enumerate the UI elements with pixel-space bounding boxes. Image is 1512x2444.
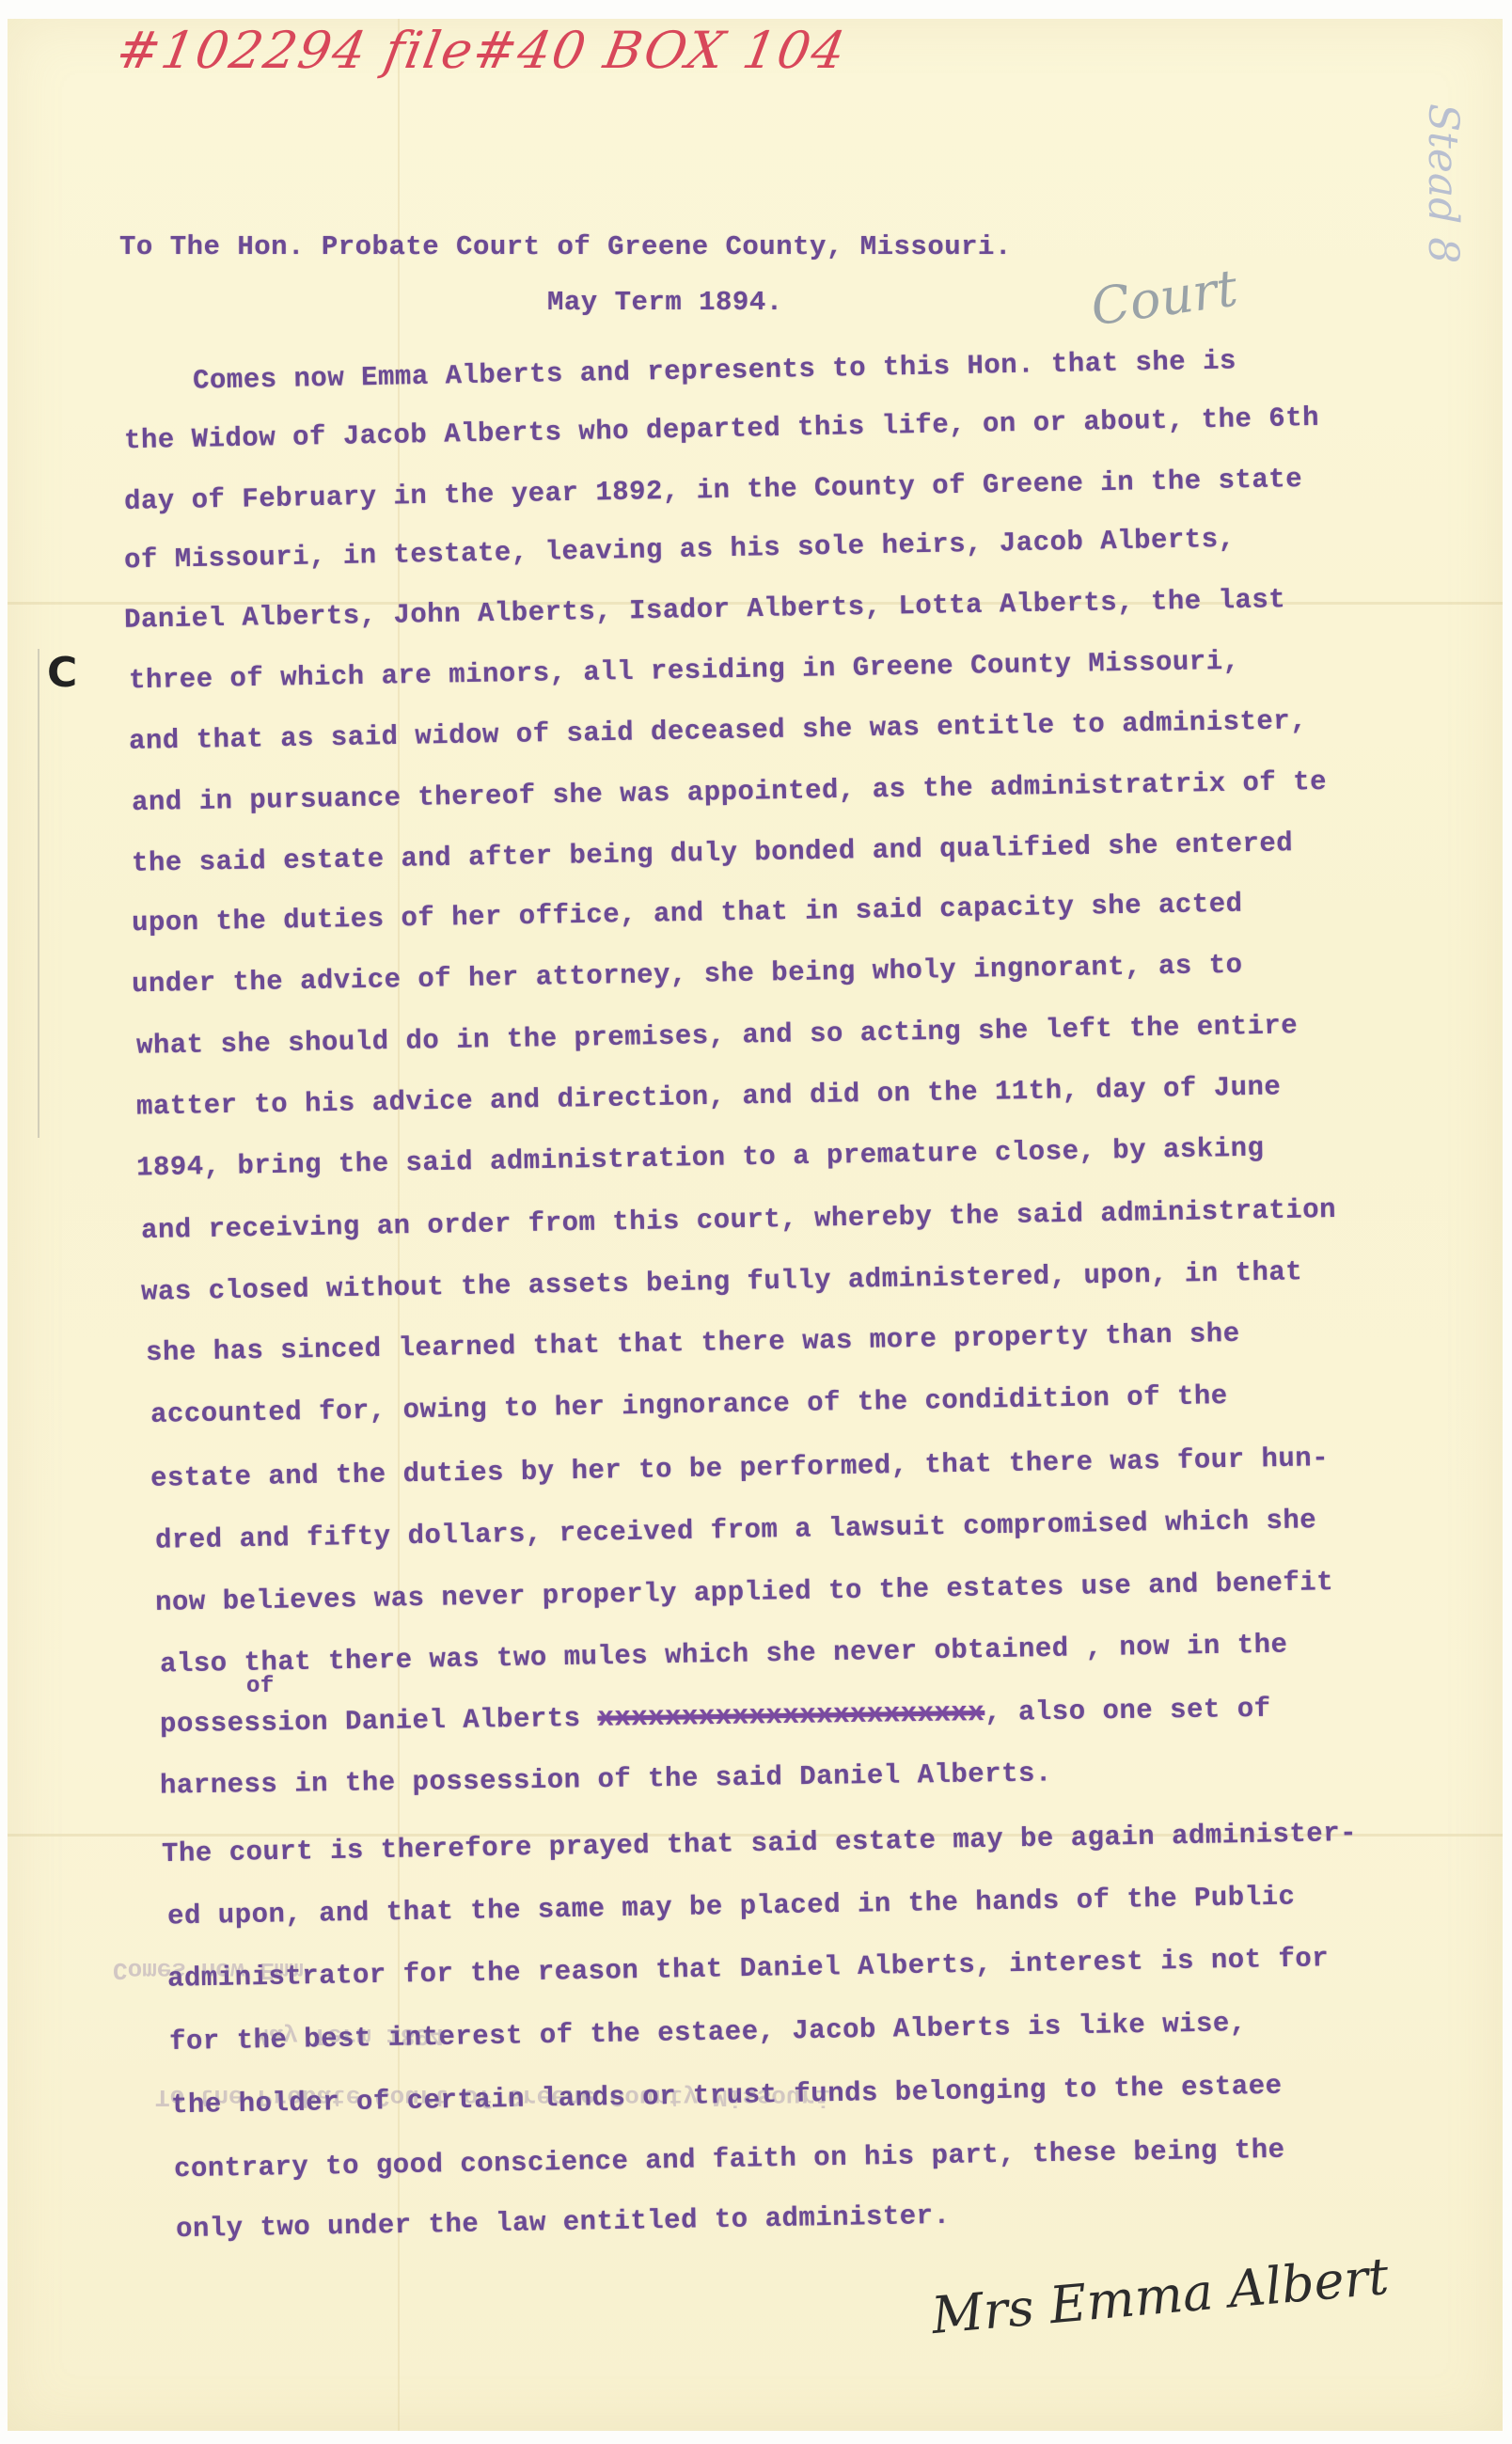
offset-ghost-text: To the Probate Court of Greene County Mi…	[155, 2083, 830, 2111]
interlined-word: of	[246, 1674, 275, 1699]
document-title: To The Hon. Probate Court of Greene Coun…	[119, 231, 1012, 262]
body-line-text: possession Daniel Alberts	[160, 1703, 581, 1740]
offset-ghost-text: May Term 1894	[254, 2022, 445, 2050]
archive-reference-note: #102294 file#40 BOX 104	[112, 21, 851, 80]
body-line-continuation: , also one set of	[984, 1694, 1271, 1728]
pencil-margin-note: Stead 8	[1419, 103, 1467, 263]
pencil-margin-scribble	[38, 649, 143, 1138]
ink-mark-icon: C	[47, 649, 77, 697]
document-term: May Term 1894.	[547, 287, 783, 318]
struck-out-text: xxxxxxxxxxxxxxxxxxxxxxx	[597, 1697, 984, 1734]
offset-ghost-text: Comes now Emm	[113, 1956, 304, 1984]
